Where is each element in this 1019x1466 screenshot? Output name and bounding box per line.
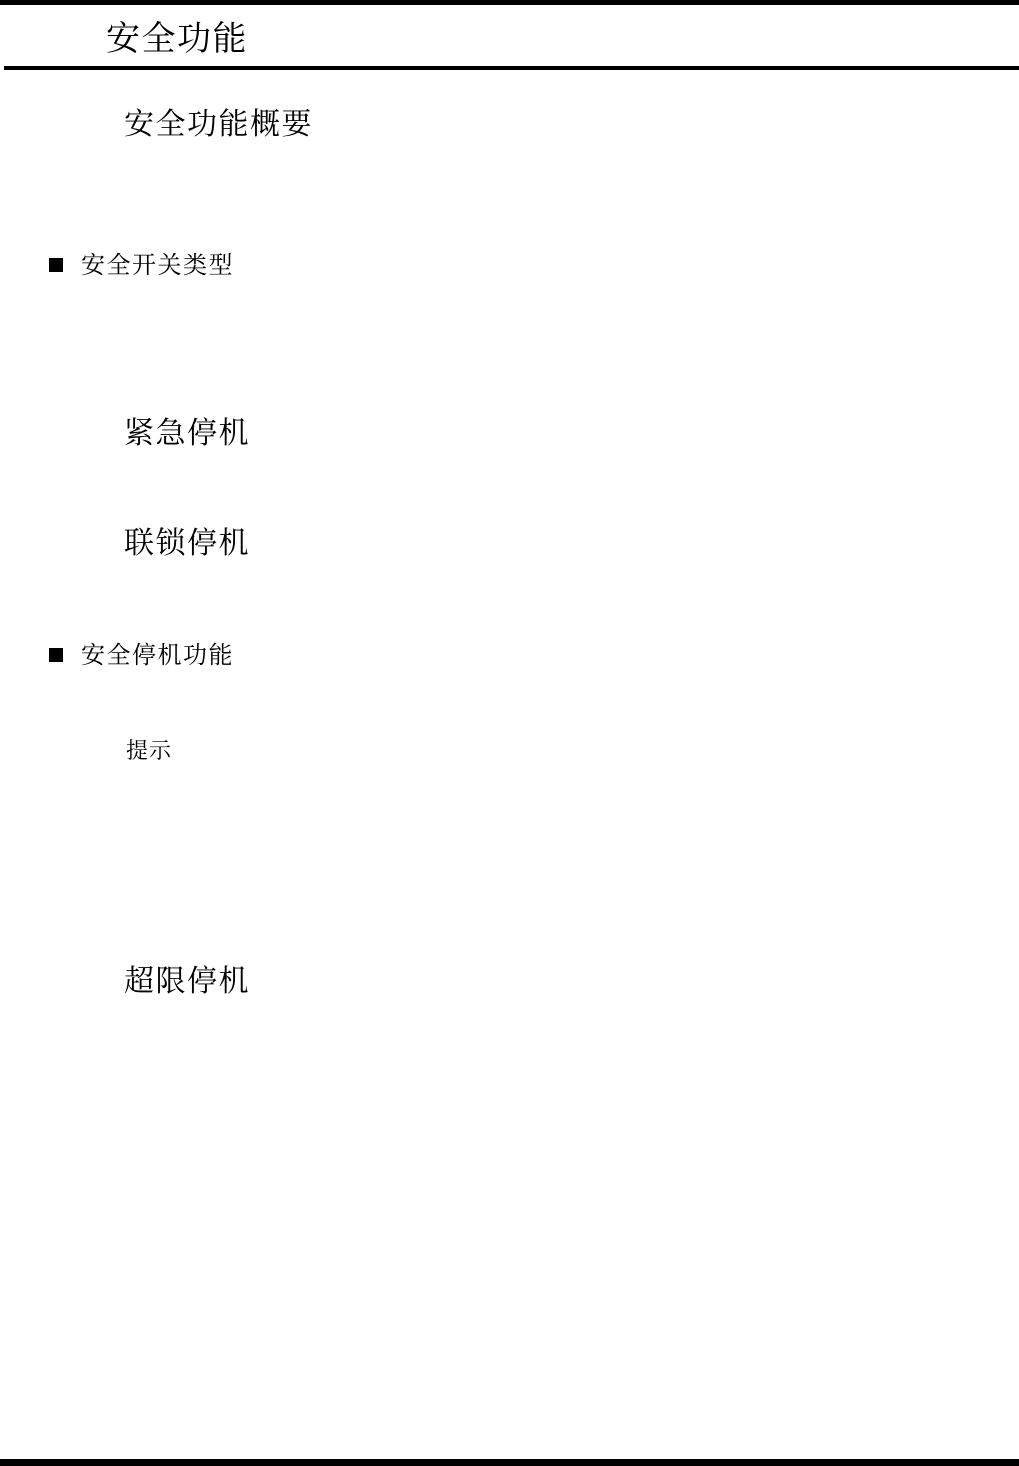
bullet-heading-label: 安全开关类型 — [81, 253, 234, 277]
bullet-heading-safety-stop-functions: 安全停机功能 — [49, 643, 234, 667]
filled-square-icon — [49, 648, 63, 662]
sub-heading-emergency-stop: 紧急停机 — [124, 419, 250, 449]
top-border-rule — [0, 0, 1019, 5]
chapter-title: 安全功能 — [106, 22, 248, 56]
header-divider-rule — [4, 66, 1019, 70]
bullet-heading-label: 安全停机功能 — [81, 643, 234, 667]
sub-heading-overlimit-stop: 超限停机 — [124, 967, 250, 997]
section-heading-overview: 安全功能概要 — [124, 110, 313, 140]
filled-square-icon — [49, 258, 63, 272]
note-label: 提示 — [126, 741, 172, 763]
bottom-border-rule — [0, 1459, 1019, 1466]
sub-heading-interlock-stop: 联锁停机 — [124, 529, 250, 559]
bullet-heading-switch-types: 安全开关类型 — [49, 253, 234, 277]
